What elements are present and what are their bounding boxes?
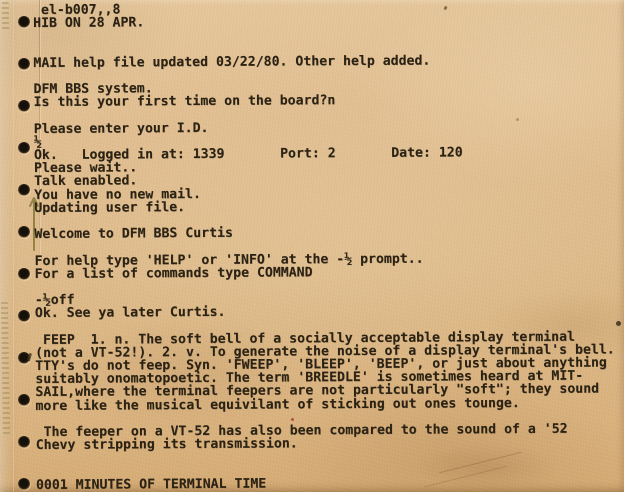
pen-comma-mark-icon xyxy=(27,353,32,362)
sprocket-hole xyxy=(18,478,30,490)
sprocket-hole xyxy=(18,436,30,448)
printout-paper: el-b007,,8 HIB ON 28 APR. MAIL help file… xyxy=(0,0,624,492)
sprocket-hole xyxy=(18,394,30,406)
sprocket-hole xyxy=(18,268,30,280)
edge-printing-mark-icon xyxy=(2,2,10,32)
terminal-line session-time-footer: 0001 MINUTES OF TERMINAL TIME xyxy=(36,475,624,492)
sprocket-hole xyxy=(18,58,30,70)
sprocket-hole xyxy=(18,16,30,28)
terminal-session-text: el-b007,,8 HIB ON 28 APR. MAIL help file… xyxy=(33,0,624,492)
sprocket-hole xyxy=(18,142,30,154)
sprocket-hole xyxy=(18,100,30,112)
sprocket-hole xyxy=(18,310,30,322)
